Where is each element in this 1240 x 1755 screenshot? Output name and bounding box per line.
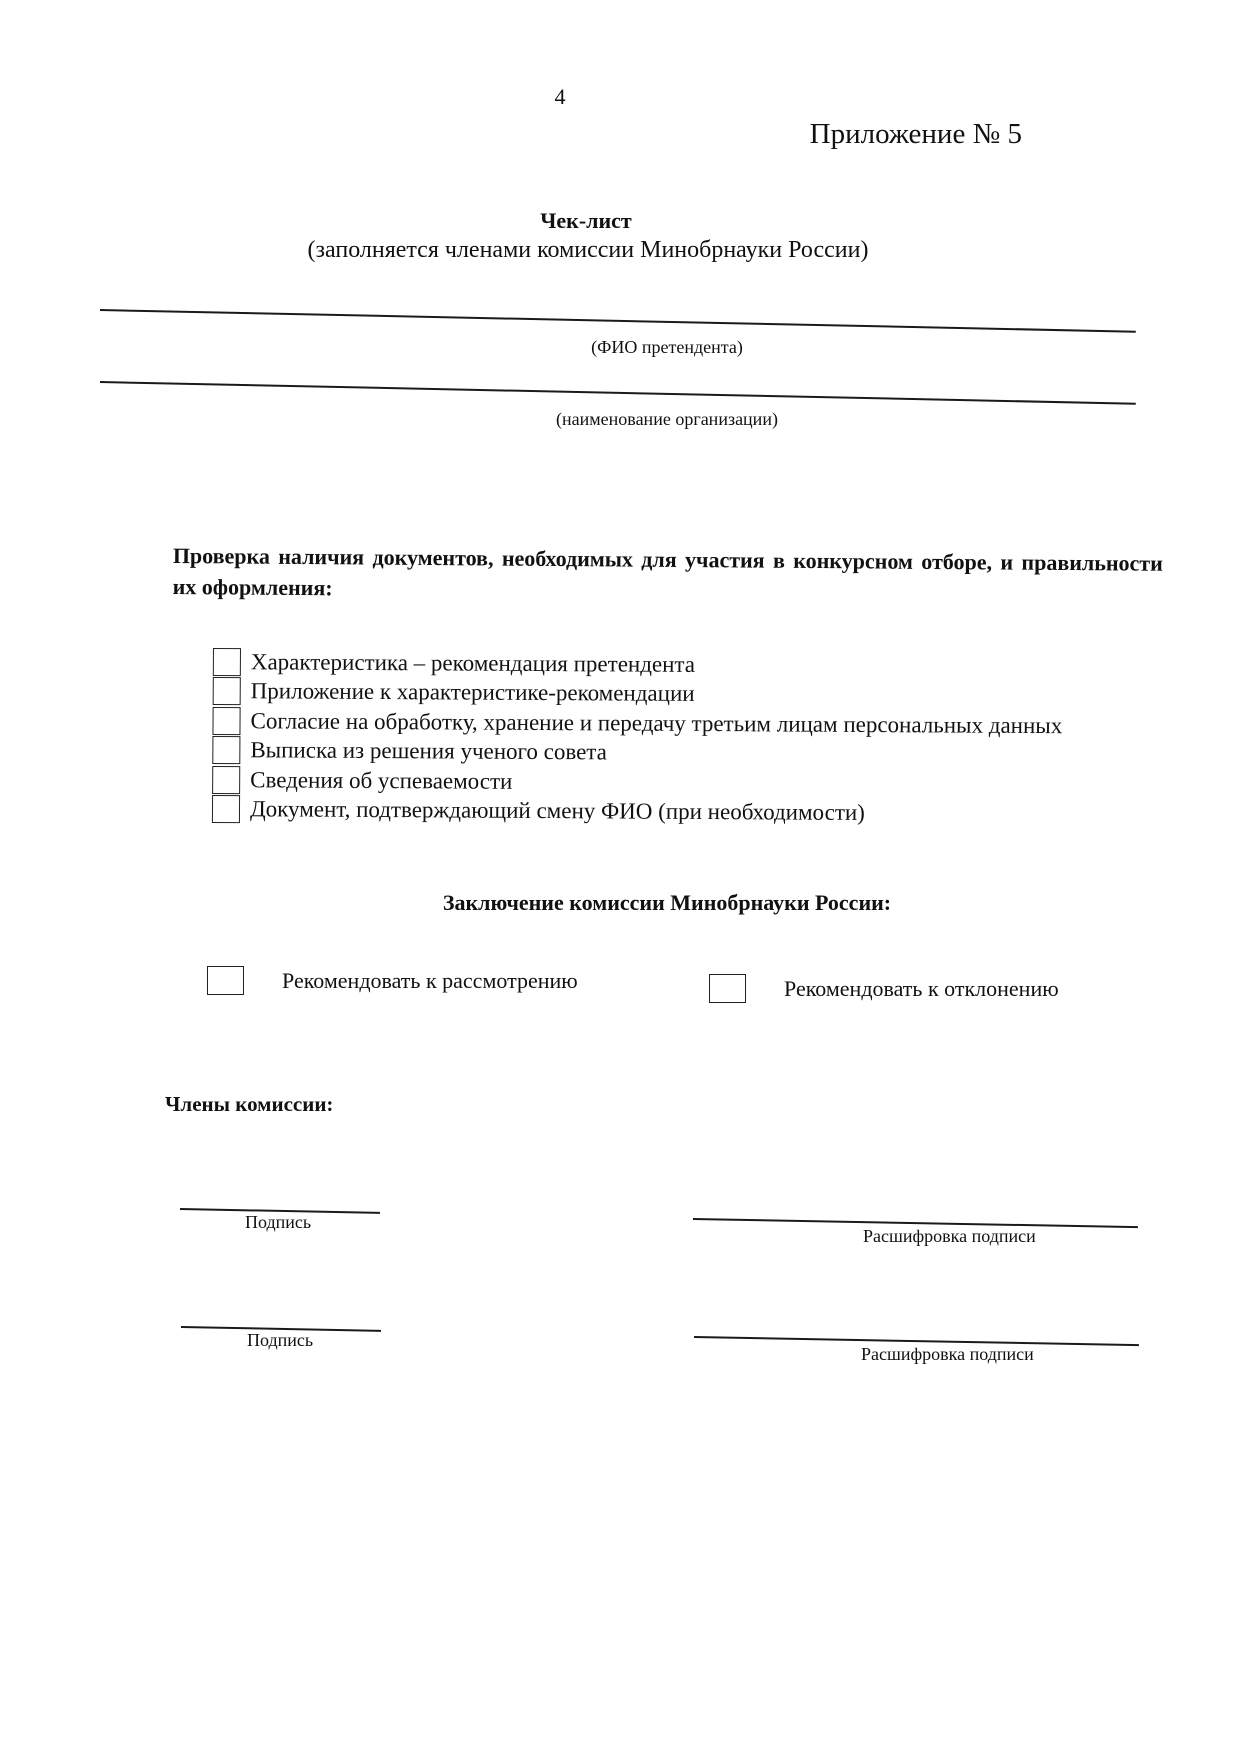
checklist-item-label: Документ, подтверждающий смену ФИО (при … [250, 795, 865, 827]
organization-name-field[interactable] [100, 381, 1136, 405]
checklist-item-label: Приложение к характеристике-рекомендации [251, 677, 695, 708]
recommend-rejection-label: Рекомендовать к отклонению [784, 975, 1059, 1003]
recommend-consideration-option[interactable]: Рекомендовать к рассмотрению [207, 967, 578, 995]
recommend-consideration-label: Рекомендовать к рассмотрению [282, 967, 578, 995]
checkbox[interactable] [212, 736, 240, 764]
checklist-item-label: Выписка из решения ученого совета [250, 736, 607, 766]
recommend-consideration-checkbox[interactable] [207, 966, 244, 995]
conclusion-heading: Заключение комиссии Минобрнауки России: [47, 890, 1240, 916]
appendix-label: Приложение № 5 [810, 118, 1022, 151]
checklist-item[interactable]: Приложение к характеристике-рекомендации [213, 675, 1063, 710]
document-title: Чек-лист [0, 208, 1206, 234]
documents-check-heading: Проверка наличия документов, необходимых… [173, 540, 1163, 610]
checklist-item[interactable]: Сведения об успеваемости [212, 764, 1062, 799]
document-subtitle: (заполняется членами комиссии Минобрнаук… [0, 237, 1208, 264]
checklist-item[interactable]: Характеристика – рекомендация претендент… [213, 646, 1063, 681]
organization-name-caption: (наименование организации) [47, 409, 1240, 430]
checkbox[interactable] [213, 648, 241, 676]
applicant-name-field[interactable] [100, 309, 1136, 333]
commission-members-heading: Члены комиссии: [165, 1092, 333, 1117]
recommend-rejection-option[interactable]: Рекомендовать к отклонению [709, 975, 1059, 1003]
signature-decoding-caption: Расшифровка подписи [861, 1344, 1034, 1365]
checklist-item-label: Характеристика – рекомендация претендент… [251, 648, 695, 679]
checkbox[interactable] [212, 795, 240, 823]
page-number: 4 [0, 84, 1180, 110]
checklist-item[interactable]: Выписка из решения ученого совета [212, 734, 1062, 769]
checklist-item[interactable]: Документ, подтверждающий смену ФИО (при … [212, 793, 1062, 828]
documents-checklist: Характеристика – рекомендация претендент… [212, 646, 1063, 828]
checklist-item-label: Согласие на обработку, хранение и переда… [250, 707, 1062, 740]
checkbox[interactable] [212, 706, 240, 734]
signature-decoding-caption: Расшифровка подписи [863, 1226, 1036, 1247]
checkbox[interactable] [213, 677, 241, 705]
signature-caption: Подпись [247, 1330, 313, 1351]
recommend-rejection-checkbox[interactable] [709, 974, 746, 1003]
signature-caption: Подпись [245, 1212, 311, 1233]
checklist-item[interactable]: Согласие на обработку, хранение и переда… [212, 705, 1062, 740]
applicant-name-caption: (ФИО претендента) [47, 337, 1240, 358]
checkbox[interactable] [212, 765, 240, 793]
checklist-item-label: Сведения об успеваемости [250, 766, 512, 796]
